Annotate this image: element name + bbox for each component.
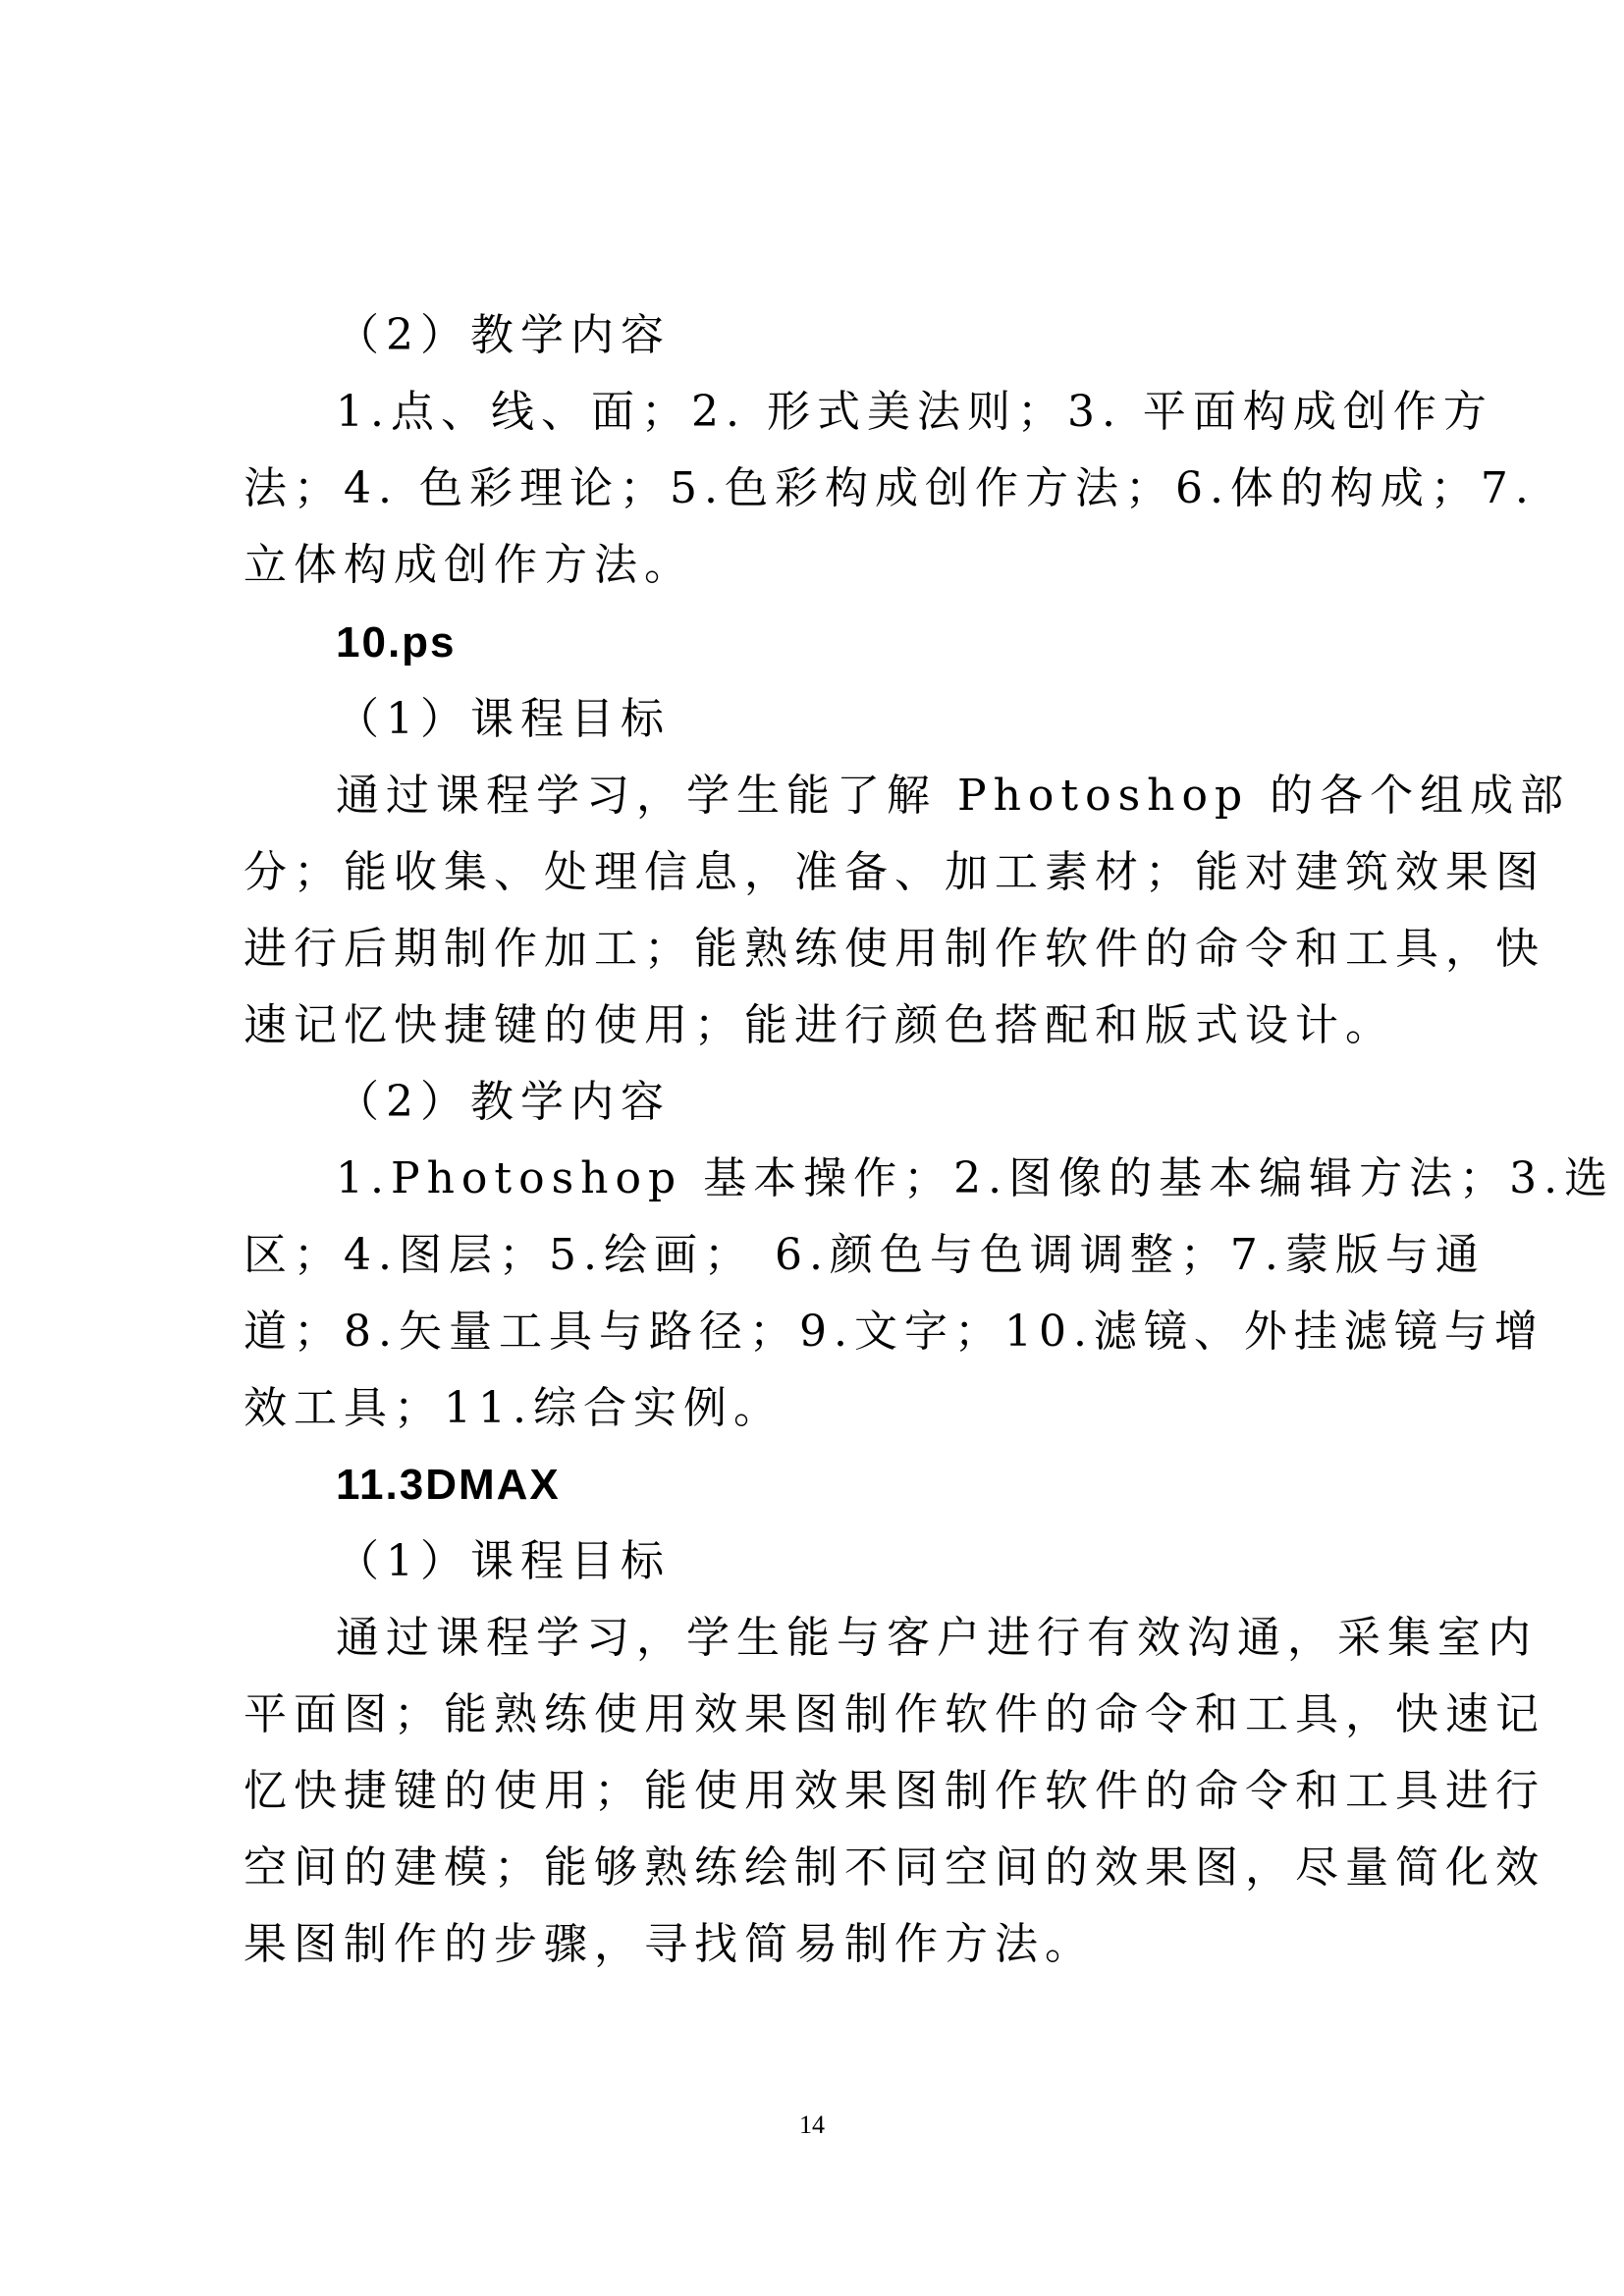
- paragraph-line: 果图制作的步骤，寻找简易制作方法。: [244, 1917, 1388, 1972]
- paragraph-line: 通过课程学习，学生能与客户进行有效沟通，采集室内: [336, 1611, 1388, 1666]
- paragraph-line: 法；4. 色彩理论；5.色彩构成创作方法；6.体的构成；7.: [244, 461, 1388, 516]
- paragraph-line: 区；4.图层；5.绘画； 6.颜色与色调调整；7.蒙版与通: [244, 1228, 1388, 1283]
- paragraph-line: 通过课程学习，学生能了解 Photoshop 的各个组成部: [336, 769, 1388, 824]
- subheading-teaching-content: （2）教学内容: [336, 308, 1481, 363]
- subheading-course-goal: （1）课程目标: [336, 692, 1481, 747]
- page-number: 14: [0, 2110, 1624, 2140]
- paragraph-line: 空间的建模；能够熟练绘制不同空间的效果图，尽量简化效: [244, 1841, 1388, 1896]
- paragraph-line: 立体构成创作方法。: [244, 538, 1388, 593]
- subheading-teaching-content: （2）教学内容: [336, 1075, 1481, 1130]
- paragraph-line: 1.Photoshop 基本操作；2.图像的基本编辑方法；3.选: [336, 1151, 1388, 1206]
- paragraph-line: 1.点、线、面；2. 形式美法则；3. 平面构成创作方: [336, 385, 1388, 440]
- paragraph-line: 平面图；能熟练使用效果图制作软件的命令和工具，快速记: [244, 1687, 1388, 1742]
- paragraph-line: 道；8.矢量工具与路径；9.文字；10.滤镜、外挂滤镜与增: [244, 1305, 1388, 1360]
- section-heading-ps: 10.ps: [336, 615, 1481, 670]
- paragraph-line: 忆快捷键的使用；能使用效果图制作软件的命令和工具进行: [244, 1764, 1388, 1819]
- paragraph-line: 进行后期制作加工；能熟练使用制作软件的命令和工具，快: [244, 922, 1388, 977]
- paragraph-line: 速记忆快捷键的使用；能进行颜色搭配和版式设计。: [244, 998, 1388, 1053]
- paragraph-line: 分；能收集、处理信息，准备、加工素材；能对建筑效果图: [244, 845, 1388, 900]
- section-heading-3dmax: 11.3DMAX: [336, 1458, 1481, 1513]
- subheading-course-goal: （1）课程目标: [336, 1534, 1481, 1589]
- paragraph-line: 效工具；11.综合实例。: [244, 1381, 1388, 1436]
